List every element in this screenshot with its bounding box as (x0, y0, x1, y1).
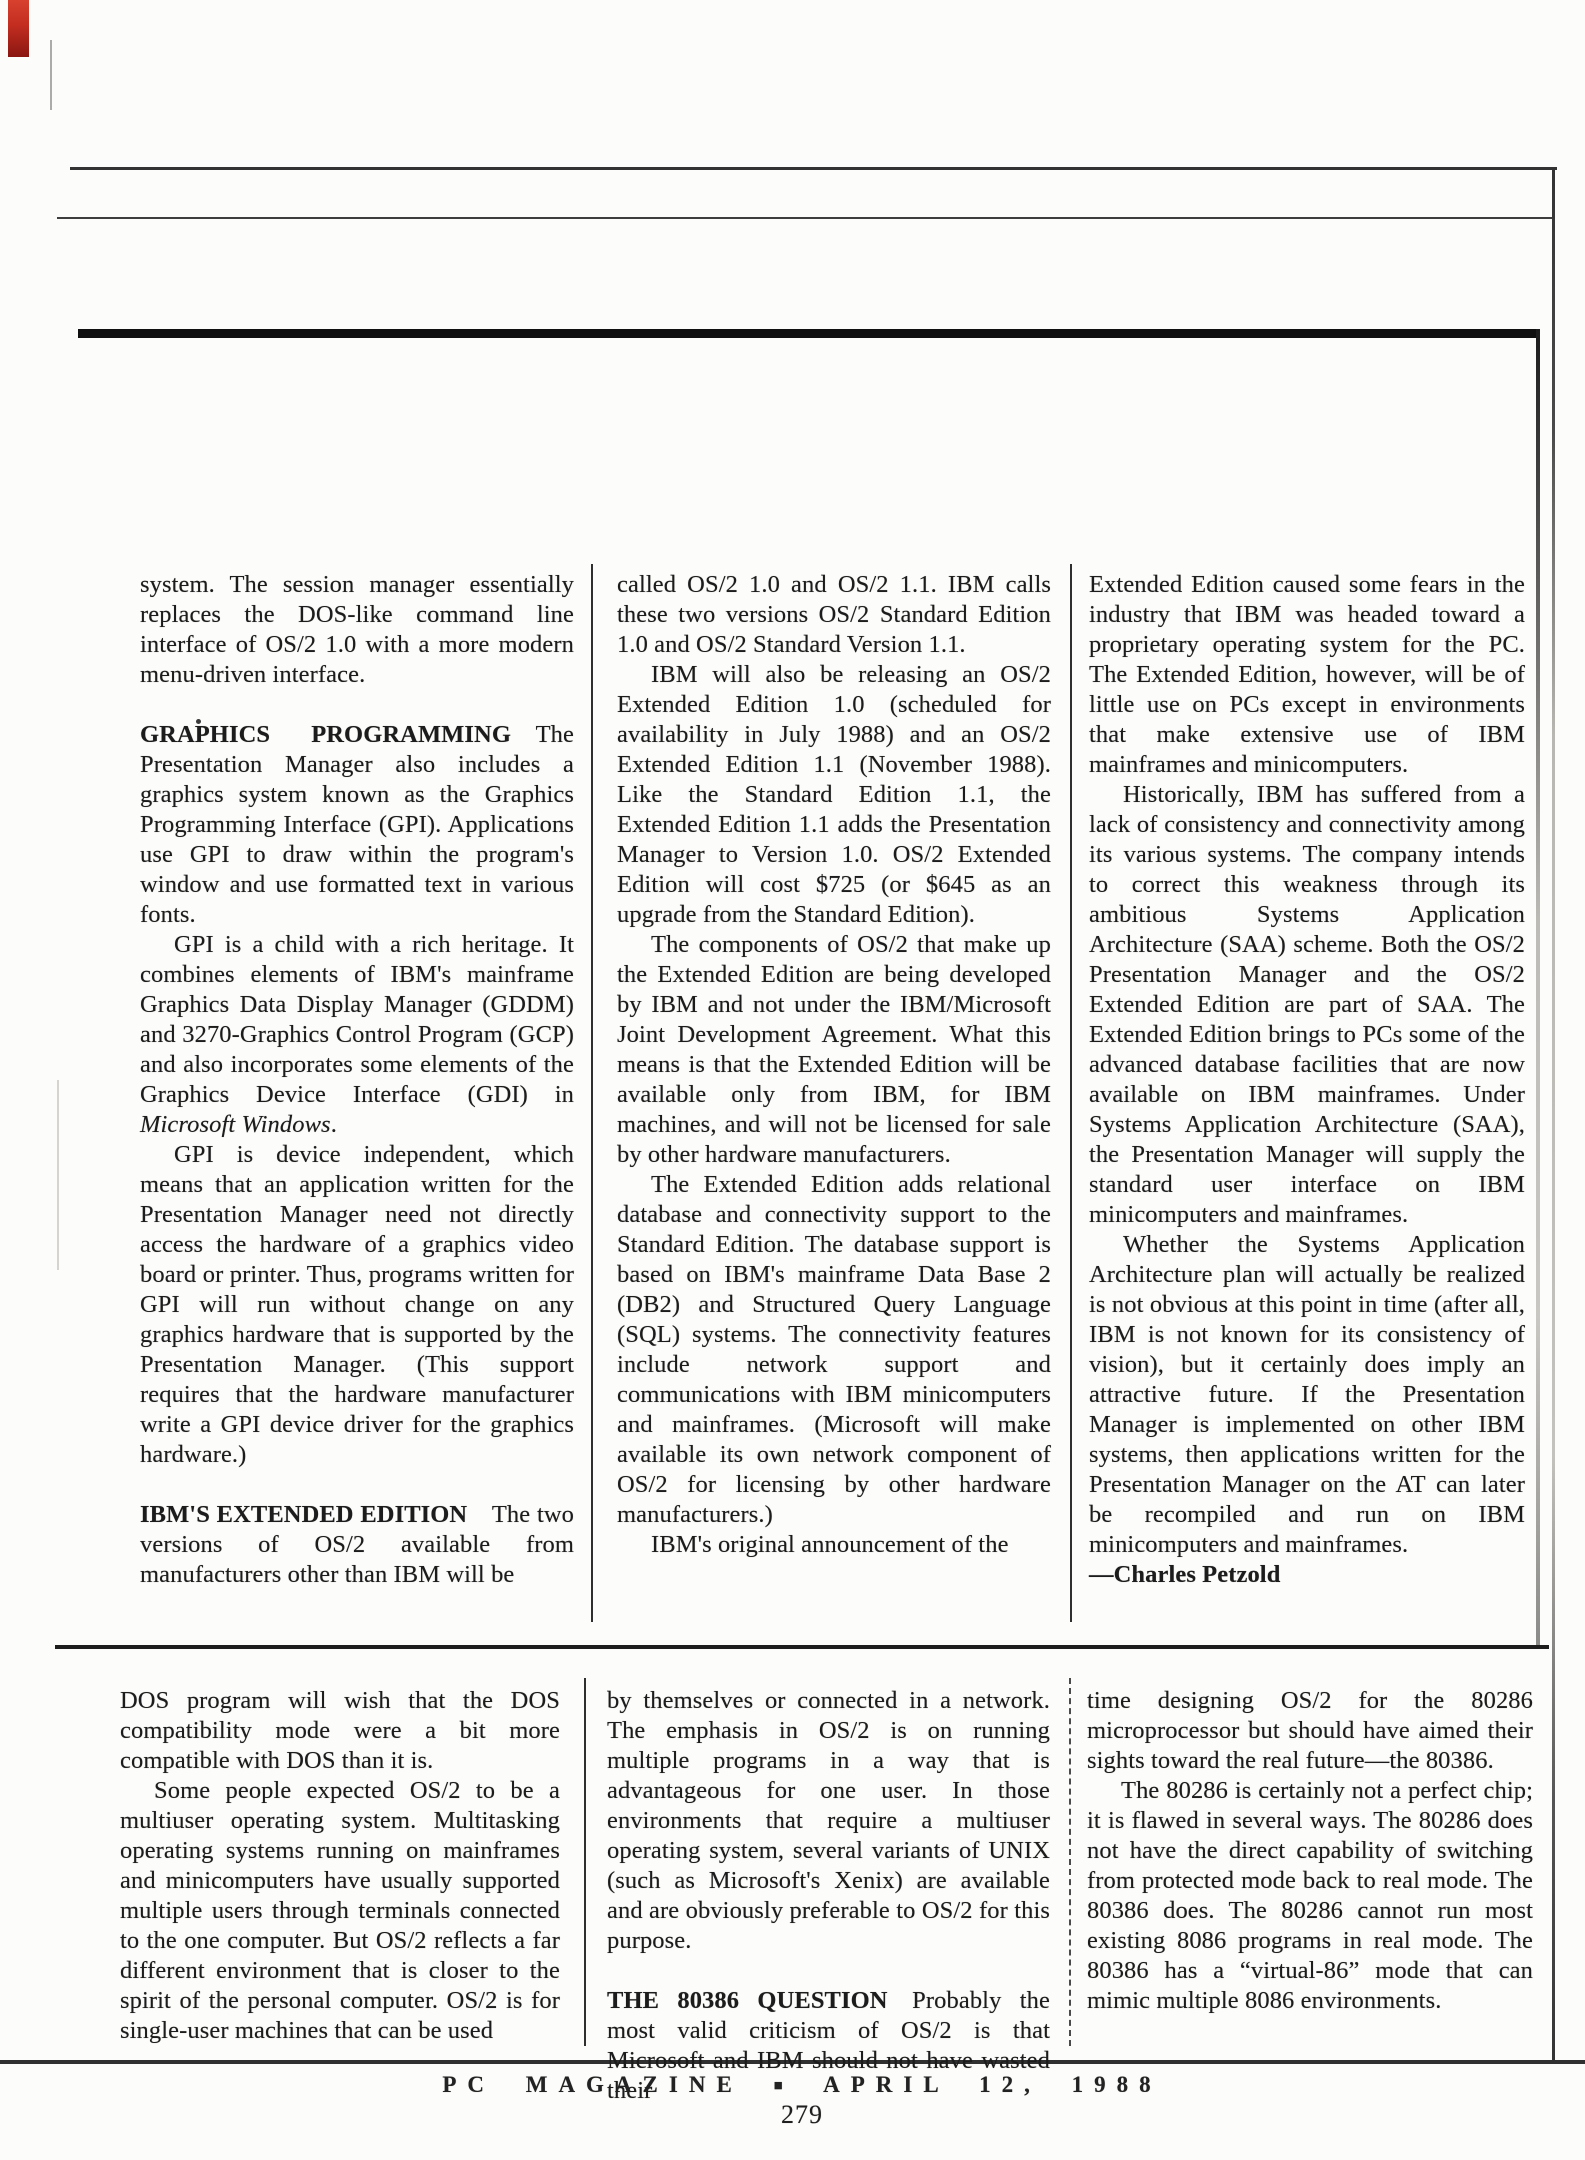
top-rule-thin-2 (57, 217, 1555, 219)
paragraph: GPI is device independent, which means t… (140, 1140, 574, 1470)
bottom-column-divider-1 (584, 1678, 586, 2046)
text-segment: Microsoft Windows (140, 1111, 331, 1138)
paragraph: DOS program will wish that the DOS compa… (120, 1686, 560, 1776)
text-segment: Extended Edition caused some fears in th… (1089, 571, 1525, 778)
text-segment: The components of OS/2 that make up the … (617, 931, 1051, 1168)
bottom-column-middle: by themselves or connected in a network.… (607, 1686, 1050, 2106)
bottom-column-divider-2 (1069, 1678, 1071, 2046)
magazine-page: system. The session manager essentially … (0, 0, 1585, 2160)
section-divider-rule (55, 1645, 1549, 1649)
masthead-thick-rule (78, 329, 1540, 338)
paragraph: GRAPHICS PROGRAMMING The Presentation Ma… (140, 720, 574, 930)
page-number: 279 (55, 2100, 1549, 2130)
scan-artifact-tick (50, 40, 52, 110)
paragraph: The components of OS/2 that make up the … (617, 930, 1051, 1170)
top-rule-thin-1 (70, 167, 1557, 170)
paragraph: Extended Edition caused some fears in th… (1089, 570, 1525, 780)
article-column-left: system. The session manager essentially … (140, 570, 574, 1590)
left-border-fragment (57, 1080, 59, 1270)
text-segment: GPI is a child with a rich heritage. It … (140, 931, 574, 1108)
article-column-middle: called OS/2 1.0 and OS/2 1.1. IBM calls … (617, 570, 1051, 1560)
text-segment: GPI is device independent, which means t… (140, 1141, 574, 1468)
red-registration-mark (8, 0, 29, 57)
text-segment: The Presentation Manager also includes a… (140, 721, 574, 928)
text-segment: Historically, IBM has suffered from a la… (1089, 781, 1525, 1228)
paragraph: IBM's original announcement of the (617, 1530, 1051, 1560)
run-in-heading: THE 80386 QUESTION (607, 1987, 888, 2014)
text-segment: system. The session manager essentially … (140, 571, 574, 688)
text-segment: IBM will also be releasing an OS/2 Exten… (617, 661, 1051, 928)
paragraph: by themselves or connected in a network.… (607, 1686, 1050, 1956)
paragraph: called OS/2 1.0 and OS/2 1.1. IBM calls … (617, 570, 1051, 660)
paragraph: GPI is a child with a rich heritage. It … (140, 930, 574, 1140)
square-bullet-icon: ■ (774, 2078, 794, 2094)
paragraph: Some people expected OS/2 to be a multiu… (120, 1776, 560, 2046)
run-in-heading: IBM'S EXTENDED EDITION (140, 1501, 467, 1528)
text-segment: Whether the Systems Application Architec… (1089, 1231, 1525, 1558)
bottom-column-left: DOS program will wish that the DOS compa… (120, 1686, 560, 2046)
paragraph: IBM will also be releasing an OS/2 Exten… (617, 660, 1051, 930)
paragraph: Historically, IBM has suffered from a la… (1089, 780, 1525, 1230)
article-column-right: Extended Edition caused some fears in th… (1089, 570, 1525, 1590)
text-segment: by themselves or connected in a network.… (607, 1687, 1050, 1954)
text-segment: DOS program will wish that the DOS compa… (120, 1687, 560, 1774)
paragraph: The Extended Edition adds relational dat… (617, 1170, 1051, 1530)
run-in-heading: GRAPHICS PROGRAMMING (140, 721, 511, 748)
paragraph: IBM'S EXTENDED EDITION The two versions … (140, 1500, 574, 1590)
column-divider-1 (591, 564, 593, 1622)
text-segment: time designing OS/2 for the 80286 microp… (1087, 1687, 1533, 1774)
paragraph: Whether the Systems Application Architec… (1089, 1230, 1525, 1560)
footer-issue-date: APRIL 12, 1988 (823, 2072, 1162, 2097)
text-segment: . (331, 1111, 337, 1138)
bottom-column-right: time designing OS/2 for the 80286 microp… (1087, 1686, 1533, 2016)
paragraph: The 80286 is certainly not a perfect chi… (1087, 1776, 1533, 2016)
text-segment: The 80286 is certainly not a perfect chi… (1087, 1777, 1533, 2014)
inner-right-border (1536, 329, 1540, 1647)
column-divider-2 (1070, 564, 1072, 1622)
text-segment: called OS/2 1.0 and OS/2 1.1. IBM calls … (617, 571, 1051, 658)
text-segment: IBM's original announcement of the (651, 1531, 1009, 1558)
text-segment: Some people expected OS/2 to be a multiu… (120, 1777, 560, 2044)
outer-right-border (1552, 167, 1555, 2063)
paragraph: —Charles Petzold (1089, 1560, 1525, 1590)
page-footer: PC MAGAZINE ■ APRIL 12, 1988 (55, 2072, 1549, 2098)
run-in-heading: —Charles Petzold (1089, 1561, 1280, 1588)
paragraph: system. The session manager essentially … (140, 570, 574, 690)
footer-magazine-name: PC MAGAZINE (442, 2072, 742, 2097)
paragraph: time designing OS/2 for the 80286 microp… (1087, 1686, 1533, 1776)
text-segment: The Extended Edition adds relational dat… (617, 1171, 1051, 1528)
